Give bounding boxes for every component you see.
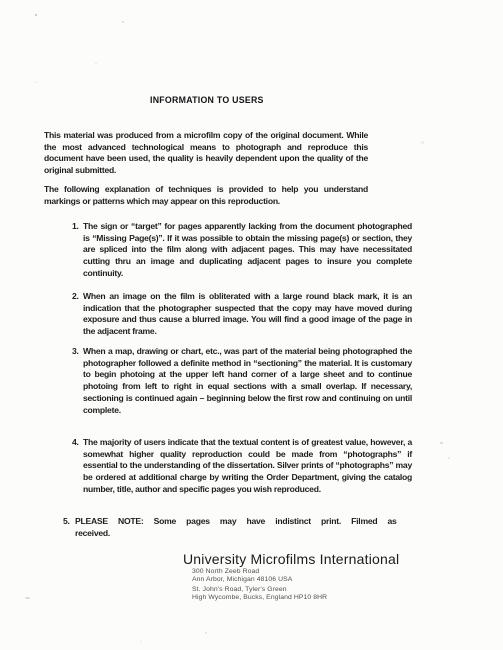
address-line-street-us: 300 North Zeeb Road: [192, 568, 399, 576]
scan-speck: [140, 641, 142, 642]
scan-speck: [35, 82, 37, 83]
scan-speck: [35, 14, 37, 16]
list-item-3-text: When a map, drawing or chart, etc., was …: [83, 346, 412, 416]
document-page: INFORMATION TO USERS This material was p…: [0, 0, 503, 650]
publisher-block: University Microfilms International 300 …: [183, 552, 399, 602]
list-item-4-text: The majority of users indicate that the …: [83, 437, 412, 496]
list-item-5: 5. PLEASE NOTE: Some pages may have indi…: [63, 516, 408, 539]
list-item-1-number: 1.: [72, 221, 83, 280]
intro-paragraph-2: The following explanation of techniques …: [44, 184, 368, 207]
list-item-4: 4. The majority of users indicate that t…: [72, 437, 412, 496]
page-title: INFORMATION TO USERS: [150, 95, 264, 105]
list-item-5-number: 5.: [63, 516, 75, 539]
publisher-address-us: 300 North Zeeb Road Ann Arbor, Michigan …: [192, 568, 399, 583]
intro-paragraph-1: This material was produced from a microf…: [44, 130, 368, 177]
scan-speck: [448, 457, 450, 459]
scan-speck: [218, 45, 219, 46]
list-item-3: 3. When a map, drawing or chart, etc., w…: [72, 346, 412, 416]
list-item-1: 1. The sign or “target” for pages appare…: [72, 221, 412, 280]
scan-speck: [205, 632, 207, 634]
list-item-2: 2. When an image on the film is oblitera…: [72, 291, 412, 338]
scan-speck: [440, 442, 443, 444]
publisher-name: University Microfilms International: [183, 552, 399, 567]
address-line-city-uk: High Wycombe, Bucks, England HP10 8HR: [192, 594, 399, 602]
scan-speck: [122, 21, 124, 23]
list-item-2-text: When an image on the film is obliterated…: [83, 291, 412, 338]
publisher-address-uk: St. John's Road, Tyler's Green High Wyco…: [192, 586, 399, 601]
address-line-street-uk: St. John's Road, Tyler's Green: [192, 586, 399, 594]
scan-speck: [25, 597, 30, 599]
scan-speck: [95, 63, 97, 64]
list-item-4-number: 4.: [72, 437, 83, 496]
scan-speck: [421, 141, 424, 144]
list-item-2-number: 2.: [72, 291, 83, 338]
list-item-3-number: 3.: [72, 346, 83, 416]
list-item-1-text: The sign or “target” for pages apparentl…: [83, 221, 412, 280]
address-line-city-us: Ann Arbor, Michigan 48106 USA: [192, 576, 399, 584]
list-item-5-text: PLEASE NOTE: Some pages may have indisti…: [75, 516, 408, 539]
